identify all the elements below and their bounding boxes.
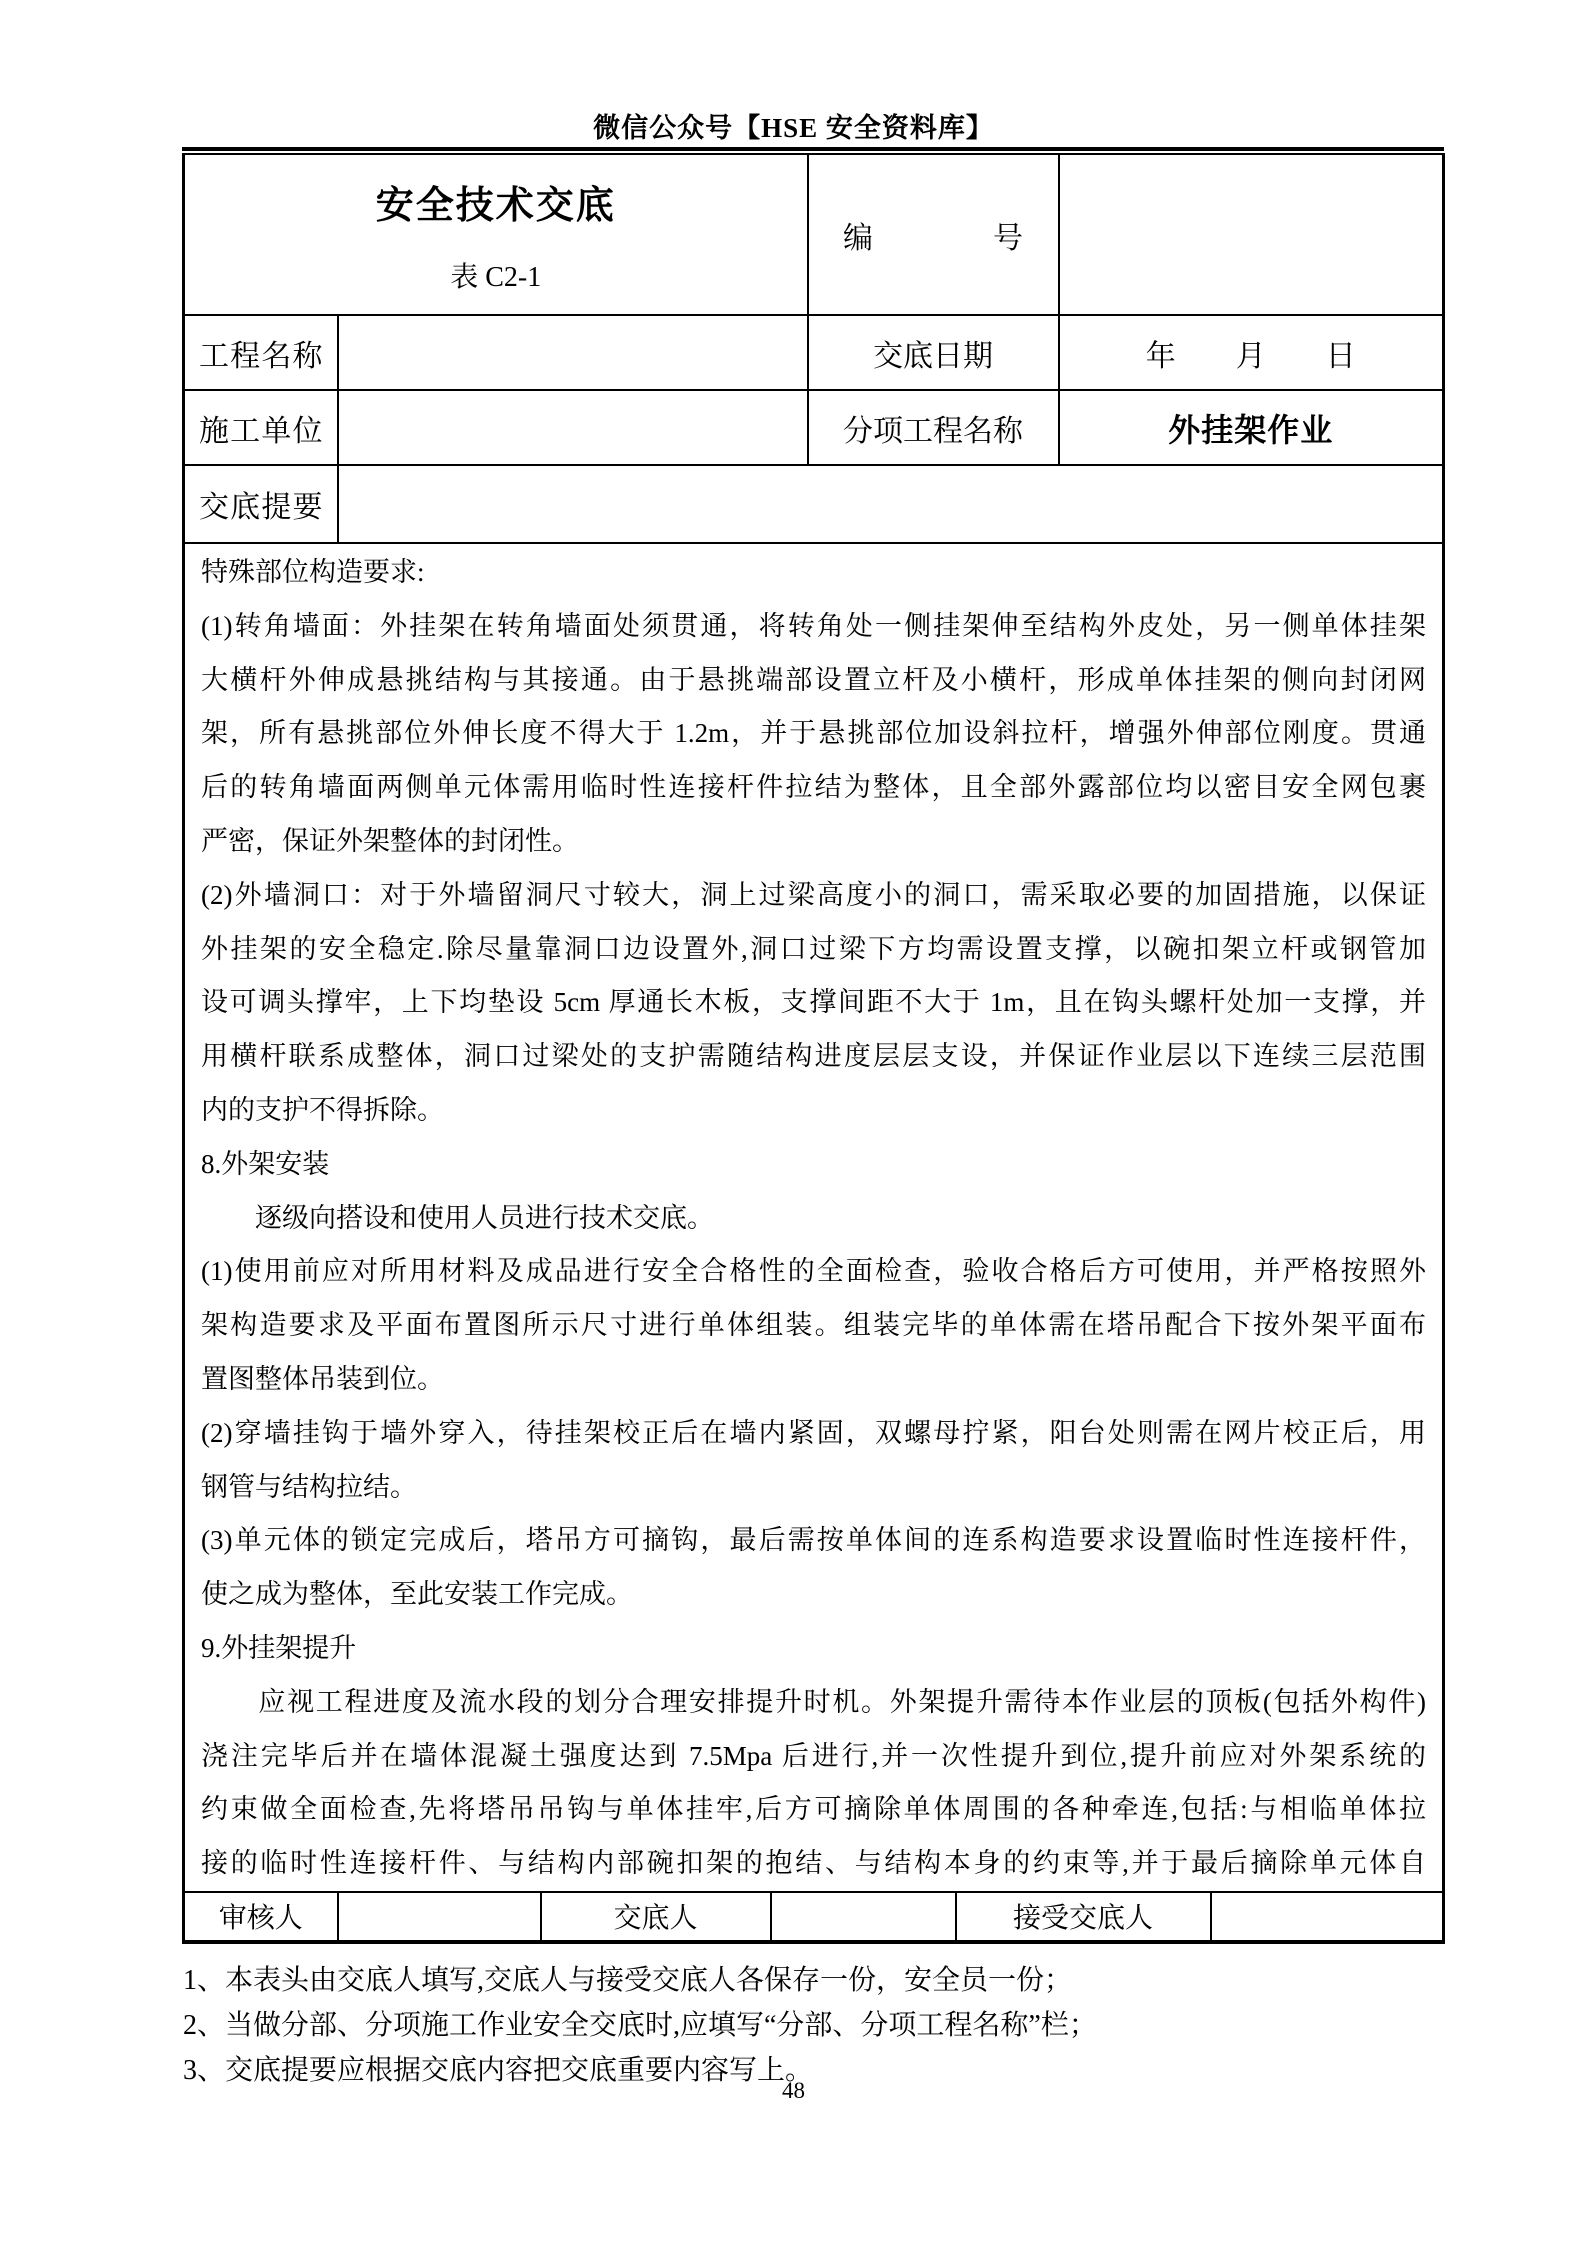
discloser-label: 交底人 <box>541 1892 771 1942</box>
page-number: 48 <box>0 2078 1587 2104</box>
disclosure-body: 特殊部位构造要求: (1)转角墙面：外挂架在转角墙面处须贯通，将转角处一侧挂架伸… <box>184 543 1444 1892</box>
body-line: 接的临时性连接杆件、与结构内部碗扣架的抱结、与结构本身的约束等,并于最后摘除单元… <box>201 1837 1426 1891</box>
body-line: 钢管与结构拉结。 <box>201 1461 1426 1515</box>
body-line: 架，所有悬挑部位外伸长度不得大于 1.2m，并于悬挑部位加设斜拉杆，增强外伸部位… <box>201 707 1426 761</box>
reviewer-label: 审核人 <box>184 1892 338 1942</box>
page-header-watermark: 微信公众号【HSE 安全资料库】 <box>0 106 1587 145</box>
body-line: 用横杆联系成整体，洞口过梁处的支护需随结构进度层层支设，并保证作业层以下连续三层… <box>201 1030 1426 1084</box>
body-line: (1)转角墙面：外挂架在转角墙面处须贯通，将转角处一侧挂架伸至结构外皮处，另一侧… <box>201 600 1426 654</box>
body-line: (1)使用前应对所用材料及成品进行安全合格性的全面检查，验收合格后方可使用，并严… <box>201 1245 1426 1299</box>
sub-project-label: 分项工程名称 <box>808 390 1059 465</box>
number-value-cell <box>1059 154 1444 315</box>
summary-label: 交底提要 <box>184 465 338 543</box>
body-line: 特殊部位构造要求: <box>201 546 1426 600</box>
footnote-line: 1、本表头由交底人填写,交底人与接受交底人各保存一份，安全员一份； <box>183 1958 1445 2003</box>
body-line: 8.外架安装 <box>201 1138 1426 1192</box>
body-line: (2)外墙洞口：对于外墙留洞尺寸较大，洞上过梁高度小的洞口，需采取必要的加固措施… <box>201 869 1426 923</box>
project-name-label: 工程名称 <box>184 315 338 390</box>
form-title-cell: 安全技术交底 表 C2-1 <box>184 154 808 315</box>
disclosure-date-value: 年 月 日 <box>1059 315 1444 390</box>
body-line: 约束做全面检查,先将塔吊吊钩与单体挂牢,后方可摘除单体周围的各种牵连,包括:与相… <box>201 1783 1426 1837</box>
double-rule <box>182 147 1444 151</box>
body-line: 使之成为整体，至此安装工作完成。 <box>201 1568 1426 1622</box>
discloser-value-cell <box>771 1892 956 1942</box>
body-line: 架构造要求及平面布置图所示尺寸进行单体组装。组装完毕的单体需在塔吊配合下按外架平… <box>201 1299 1426 1353</box>
body-line: (2)穿墙挂钩于墙外穿入，待挂架校正后在墙内紧固，双螺母拧紧，阳台处则需在网片校… <box>201 1407 1426 1461</box>
body-line: 大横杆外伸成悬挑结构与其接通。由于悬挑端部设置立杆及小横杆，形成单体挂架的侧向封… <box>201 654 1426 708</box>
disclosure-form-table: 安全技术交底 表 C2-1 编 号 工程名称 交底日期 年 月 日 施工单位 分… <box>182 153 1445 1944</box>
body-line: 浇注完毕后并在墙体混凝土强度达到 7.5Mpa 后进行,并一次性提升到位,提升前… <box>201 1730 1426 1784</box>
receiver-value-cell <box>1211 1892 1444 1942</box>
summary-value-cell <box>338 465 1444 543</box>
reviewer-value-cell <box>338 1892 541 1942</box>
body-line: 逐级向搭设和使用人员进行技术交底。 <box>201 1192 1426 1246</box>
construction-unit-label: 施工单位 <box>184 390 338 465</box>
body-line: 设可调头撑牢，上下均垫设 5cm 厚通长木板，支撑间距不大于 1m，且在钩头螺杆… <box>201 976 1426 1030</box>
sub-project-value: 外挂架作业 <box>1059 390 1444 465</box>
construction-unit-value-cell <box>338 390 808 465</box>
footnotes: 1、本表头由交底人填写,交底人与接受交底人各保存一份，安全员一份； 2、当做分部… <box>183 1958 1445 2093</box>
disclosure-date-label: 交底日期 <box>808 315 1059 390</box>
body-line: 严密，保证外架整体的封闭性。 <box>201 815 1426 869</box>
project-name-value-cell <box>338 315 808 390</box>
number-label: 编 号 <box>808 154 1059 315</box>
body-line: (3)单元体的锁定完成后，塔吊方可摘钩，最后需按单体间的连系构造要求设置临时性连… <box>201 1514 1426 1568</box>
body-line: 置图整体吊装到位。 <box>201 1353 1426 1407</box>
body-line: 应视工程进度及流水段的划分合理安排提升时机。外架提升需待本作业层的顶板(包括外构… <box>201 1676 1426 1730</box>
document-page: 微信公众号【HSE 安全资料库】 安全技术交底 表 C2-1 编 号 工程名称 … <box>0 0 1587 2245</box>
form-title: 安全技术交底 <box>185 174 807 229</box>
footnote-line: 2、当做分部、分项施工作业安全交底时,应填写“分部、分项工程名称”栏； <box>183 2003 1445 2048</box>
body-line: 9.外挂架提升 <box>201 1622 1426 1676</box>
body-line: 后的转角墙面两侧单元体需用临时性连接杆件拉结为整体，且全部外露部位均以密目安全网… <box>201 761 1426 815</box>
receiver-label: 接受交底人 <box>956 1892 1211 1942</box>
body-line: 外挂架的安全稳定.除尽量靠洞口边设置外,洞口过梁下方均需设置支撑，以碗扣架立杆或… <box>201 923 1426 977</box>
body-line: 内的支护不得拆除。 <box>201 1084 1426 1138</box>
form-subtitle: 表 C2-1 <box>185 255 807 295</box>
